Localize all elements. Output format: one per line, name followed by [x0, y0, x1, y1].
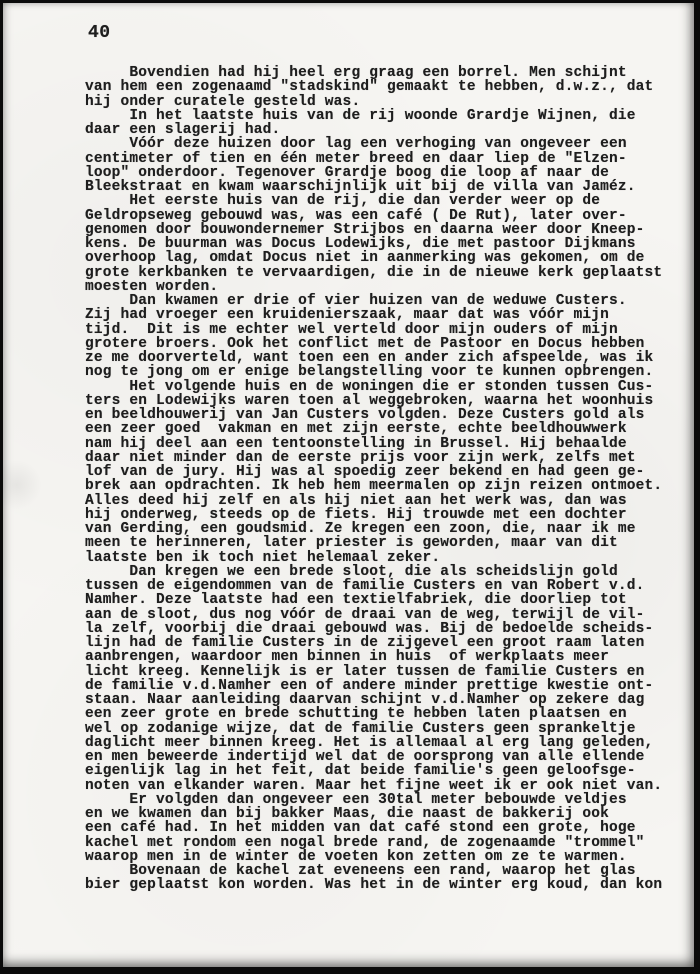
document-text: Bovendien had hij heel erg graag een bor… [85, 66, 675, 893]
paragraph: Dan kregen we een brede sloot, die als s… [85, 565, 675, 793]
paragraph: Vóór deze huizen door lag een verhoging … [85, 137, 675, 194]
scanned-document-page: 40 Bovendien had hij heel erg graag een … [0, 0, 700, 974]
page-number: 40 [88, 23, 111, 43]
paragraph: Bovendien had hij heel erg graag een bor… [85, 66, 675, 109]
paragraph: Het volgende huis en de woningen die er … [85, 380, 675, 565]
paragraph: In het laatste huis van de rij woonde Gr… [85, 109, 675, 138]
paragraph: Het eerste huis van de rij, die dan verd… [85, 194, 675, 294]
paragraph: Dan kwamen er drie of vier huizen van de… [85, 294, 675, 380]
paragraph: Er volgden dan ongeveer een 30tal meter … [85, 793, 675, 864]
paragraph: Bovenaan de kachel zat eveneens een rand… [85, 864, 675, 893]
